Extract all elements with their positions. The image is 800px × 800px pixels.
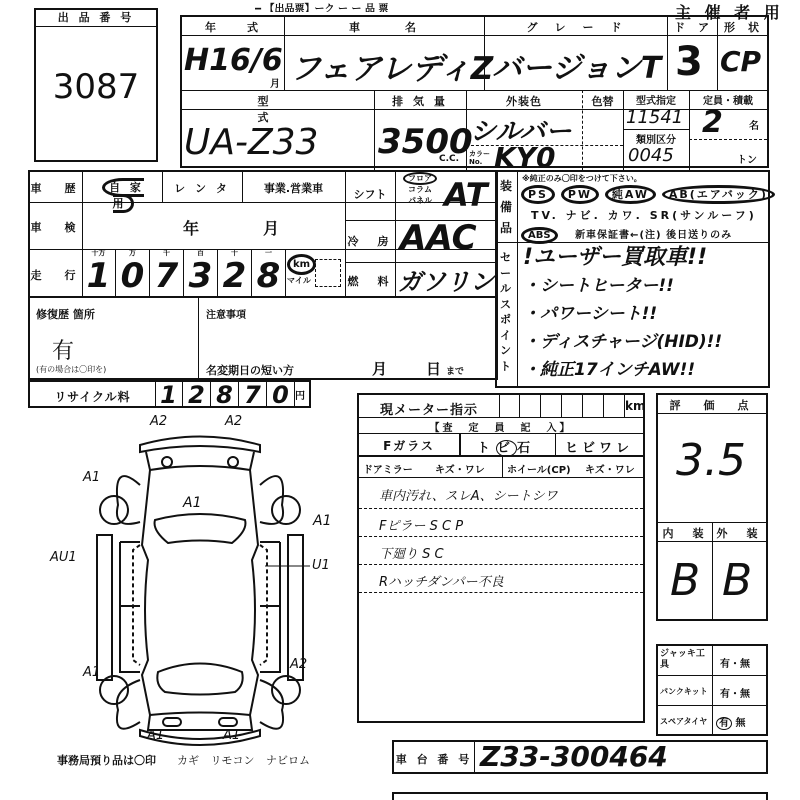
- sales-points-label: セールスポイント: [500, 250, 514, 374]
- office-items: カギ リモコン ナビロム: [177, 752, 310, 768]
- jack-tool-label: ジャッキ工具: [660, 649, 710, 671]
- model-label: 型 式: [182, 93, 374, 125]
- unit-km[interactable]: km: [287, 259, 316, 270]
- sales-point-1: !ユーザー買取車!!: [523, 244, 722, 272]
- inspection-label: 車 検: [30, 219, 82, 235]
- load-unit: トン: [737, 151, 757, 166]
- year-label: 年 式: [182, 19, 284, 35]
- shift-label: シフト: [345, 186, 395, 202]
- wheel-options[interactable]: キズ・ワレ: [585, 461, 635, 476]
- color-change-label: 色替: [582, 93, 623, 109]
- mileage-digit: 3: [184, 258, 217, 294]
- grade-label: グ レ ー ド: [484, 19, 667, 35]
- repair-caution-block: 修復歴 箇所 有 (有の場合は〇印を) 注意事項 名変期日の短い方 月 日 まで: [28, 296, 498, 380]
- car-name-value: フェアレディZ: [290, 43, 493, 88]
- inspector-note-1: 車内汚れ、スレA、シートシワ: [379, 485, 558, 504]
- chassis-label: 車 台 番 号: [394, 751, 474, 767]
- mileage-digit: 1: [82, 258, 115, 294]
- mark-front-right-bumper: A2: [225, 414, 242, 429]
- color-no-label: カラーNo.: [469, 150, 491, 166]
- mark-left-front-fender: A1: [83, 470, 100, 485]
- office-items-label: 事務局預り品は〇印: [57, 752, 156, 768]
- car-name-label: 車 名: [284, 19, 484, 35]
- score-block: 評 価 点 3.5 内 装 外 装 B B: [656, 393, 768, 621]
- car-damage-diagram: A2 A2 A1 A1 A1 AU1 U1 A1 A2 A1 A1: [40, 410, 360, 750]
- wheel-label: ホイール(CP): [507, 461, 571, 476]
- sales-point-3: ・パワーシート!!: [523, 300, 722, 328]
- glass-label: Fガラス: [359, 437, 459, 454]
- name-change-until: まで: [446, 364, 464, 377]
- fuel-label: 燃 料: [345, 273, 395, 289]
- mark-right-doors: U1: [312, 558, 330, 573]
- equipment-row-1: PS PW 純AW AB(エアバック): [521, 186, 775, 202]
- shift-floor[interactable]: フロア: [397, 173, 443, 184]
- recycle-fee-digit: 7: [239, 382, 267, 406]
- equipment-label: 装備品: [500, 176, 514, 239]
- unit-mile[interactable]: マイル: [287, 275, 311, 286]
- glass-option-stone[interactable]: 石: [517, 441, 536, 456]
- lot-number: 3087: [36, 67, 156, 107]
- mark-left-doors: AU1: [50, 550, 77, 565]
- overall-score: 3.5: [676, 435, 746, 486]
- sales-points-list: !ユーザー買取車!! ・シートヒーター!! ・パワーシート!! ・ディスチャージ…: [523, 244, 722, 384]
- repair-value[interactable]: 有: [52, 334, 74, 365]
- equip-leather[interactable]: カワ.: [608, 209, 643, 222]
- mark-rear-right-bumper: A1: [223, 728, 240, 743]
- inspector-note-3: 下廻り S C: [379, 543, 444, 562]
- mark-left-rear-fender: A1: [83, 665, 100, 680]
- equipment-block: 装備品 ※純正のみ〇印をつけて下さい。 PS PW 純AW AB(エアバック) …: [495, 170, 770, 388]
- history-option-rental[interactable]: レ ン タ: [162, 180, 242, 196]
- mirror-options[interactable]: キズ・ワレ: [435, 461, 485, 476]
- spare-tire-label: スペアタイヤ: [660, 716, 707, 727]
- form-title: ━ 【出品票】ーク ー ー 品 票: [255, 0, 515, 12]
- mileage-digit-cell: 十2: [218, 249, 252, 296]
- spare-tire-options[interactable]: 有 無: [716, 714, 745, 729]
- mileage-digit: 8: [252, 258, 285, 294]
- capacity-value: 2: [702, 105, 723, 140]
- jack-tool-options[interactable]: 有・無: [720, 655, 750, 670]
- equip-genuine-aw[interactable]: 純AW: [605, 185, 656, 204]
- mark-front-left-bumper: A2: [150, 414, 167, 429]
- displacement-unit: C.C.: [439, 154, 459, 164]
- repair-label: 修復歴 箇所: [36, 306, 95, 322]
- equipment-row-2: TV. ナビ. カワ. SR(サンルーフ): [531, 207, 757, 223]
- equip-ps[interactable]: PS: [521, 185, 555, 204]
- recycle-fee-row: リサイクル料 12870 円: [28, 380, 311, 408]
- recycle-fee-digit: 2: [183, 382, 211, 406]
- caution-label: 注意事項: [206, 306, 246, 321]
- name-change-label: 名変期日の短い方: [206, 362, 294, 378]
- mileage-digit: 7: [150, 258, 183, 294]
- mirror-label: ドアミラー: [363, 461, 413, 476]
- recycle-fee-unit: 円: [295, 387, 305, 402]
- mileage-digit: 0: [116, 258, 149, 294]
- mileage-digit-cell: 一8: [252, 249, 286, 296]
- lot-number-box: 出 品 番 号 3087: [34, 8, 158, 162]
- glass-option-to[interactable]: ト: [477, 441, 496, 456]
- puncture-kit-label: パンクキット: [660, 686, 708, 697]
- meter-unit: km: [625, 399, 645, 413]
- shift-column[interactable]: コラム: [397, 184, 443, 195]
- category-label: 類別区分: [623, 131, 689, 146]
- model-value: UA-Z33: [184, 122, 318, 163]
- equipment-row-3: ABS 新車保証書←(注) 後日送りのみ: [521, 226, 732, 241]
- mark-rear-left-bumper: A1: [147, 728, 164, 743]
- equip-tv[interactable]: TV.: [531, 209, 559, 222]
- equipment-note: ※純正のみ〇印をつけて下さい。: [522, 173, 642, 184]
- bottom-table-edge: [392, 792, 768, 800]
- mark-right-front-door: A1: [313, 513, 331, 529]
- office-item-key[interactable]: カギ: [177, 754, 199, 767]
- car-outline-icon: [40, 410, 360, 750]
- grade-value: バージョンT: [492, 43, 661, 87]
- chassis-number-row: 車 台 番 号 Z33-300464: [392, 740, 768, 774]
- recycle-fee-label: リサイクル料: [30, 388, 155, 405]
- inspector-note-4: Rハッチダンパー不良: [379, 571, 504, 590]
- inspection-year-unit: 年: [183, 216, 199, 239]
- recycle-fee-digit: 1: [155, 382, 183, 406]
- mileage-digit-cell: 十万1: [82, 249, 116, 296]
- doors-label: ド ア: [667, 19, 717, 35]
- capacity-label: 定員・積載: [689, 92, 767, 107]
- inspector-note-2: Fピラー S C P: [379, 515, 463, 534]
- doors-value: 3: [675, 39, 703, 85]
- aircon-value: AAC: [400, 218, 477, 258]
- name-change-day: 日: [426, 358, 441, 379]
- exterior-label: 外 装: [712, 525, 766, 541]
- score-label: 評 価 点: [658, 397, 766, 413]
- mileage-digit: 2: [218, 258, 251, 294]
- year-value: H16/6: [184, 43, 283, 78]
- shift-panel[interactable]: パネル: [397, 195, 443, 206]
- aircon-label: 冷 房: [345, 233, 395, 249]
- equip-abs[interactable]: ABS: [521, 227, 558, 244]
- office-item-navi-rom[interactable]: ナビロム: [266, 754, 310, 767]
- mark-right-rear-fender: A2: [290, 657, 307, 672]
- inspector-heading: 【査 定 員 記 入】: [359, 419, 643, 434]
- glass-options: トビ石: [477, 437, 536, 456]
- inspection-month-unit: 月: [263, 216, 279, 239]
- accessories-block: ジャッキ工具 有・無 パンクキット 有・無 スペアタイヤ 有 無: [656, 644, 768, 736]
- repair-note: (有の場合は〇印を): [36, 364, 106, 375]
- history-option-private[interactable]: 自 家 用: [90, 179, 156, 211]
- capacity-unit: 名: [749, 117, 759, 132]
- type-designation-value: 11541: [626, 107, 683, 128]
- mark-hood: A1: [183, 495, 201, 511]
- interior-label: 内 装: [658, 525, 712, 541]
- office-item-remote[interactable]: リモコン: [211, 754, 255, 767]
- name-change-month: 月: [372, 358, 387, 379]
- exterior-color-label: 外装色: [466, 93, 582, 109]
- equip-navi[interactable]: ナビ.: [566, 209, 601, 222]
- equip-pw[interactable]: PW: [561, 185, 599, 204]
- mileage-digit-cell: 千7: [150, 249, 184, 296]
- puncture-kit-options[interactable]: 有・無: [720, 685, 750, 700]
- history-label: 車 歴: [30, 180, 82, 196]
- meter-label: 現メーター指示: [359, 399, 499, 418]
- displacement-label: 排 気 量: [374, 93, 466, 109]
- lot-number-label: 出 品 番 号: [36, 10, 156, 27]
- body-label: 形 状: [717, 19, 767, 35]
- chassis-number: Z33-300464: [480, 740, 668, 773]
- shift-positions: フロア コラム パネル: [397, 173, 443, 206]
- equip-sunroof[interactable]: SR(サンルーフ): [650, 209, 757, 222]
- mileage-check-box[interactable]: [315, 259, 341, 287]
- mileage-digit-cell: 百3: [184, 249, 218, 296]
- equip-warranty[interactable]: 新車保証書←(注) 後日送りのみ: [575, 230, 732, 241]
- recycle-fee-digit: 8: [211, 382, 239, 406]
- type-designation-label: 型式指定: [623, 92, 689, 107]
- history-option-business[interactable]: 事業.営業車: [242, 180, 345, 196]
- year-month-unit: 月: [270, 75, 280, 90]
- vehicle-table: 年 式 車 名 グ レ ー ド ド ア 形 状 H16/6 月 フェアレディZ …: [180, 15, 769, 168]
- category-value: 0045: [628, 145, 674, 166]
- equip-airbag[interactable]: AB(エアバック): [662, 185, 775, 204]
- mileage-digit-cell: 万0: [116, 249, 150, 296]
- inspector-block: 現メーター指示 km 【査 定 員 記 入】 Fガラス トビ石 ヒビワレ ドアミ…: [357, 393, 645, 723]
- body-value: CP: [720, 45, 761, 78]
- fuel-value: ガソリン: [398, 262, 494, 297]
- history-block: 車 歴 自 家 用 レ ン タ 事業.営業車 車 検 年 月 走 行 十万1万0…: [28, 170, 498, 298]
- recycle-fee-digit: 0: [267, 382, 295, 406]
- glass-crack[interactable]: ヒビワレ: [555, 437, 643, 456]
- sales-point-5: ・純正17インチAW!!: [523, 356, 722, 384]
- sales-point-2: ・シートヒーター!!: [523, 272, 722, 300]
- mileage-label: 走 行: [30, 267, 82, 283]
- sales-point-4: ・ディスチャージ(HID)!!: [523, 328, 722, 356]
- mileage-unit-box: km マイル: [285, 255, 345, 293]
- interior-score: B: [670, 555, 700, 606]
- exterior-score: B: [722, 555, 752, 606]
- shift-value: AT: [444, 176, 488, 214]
